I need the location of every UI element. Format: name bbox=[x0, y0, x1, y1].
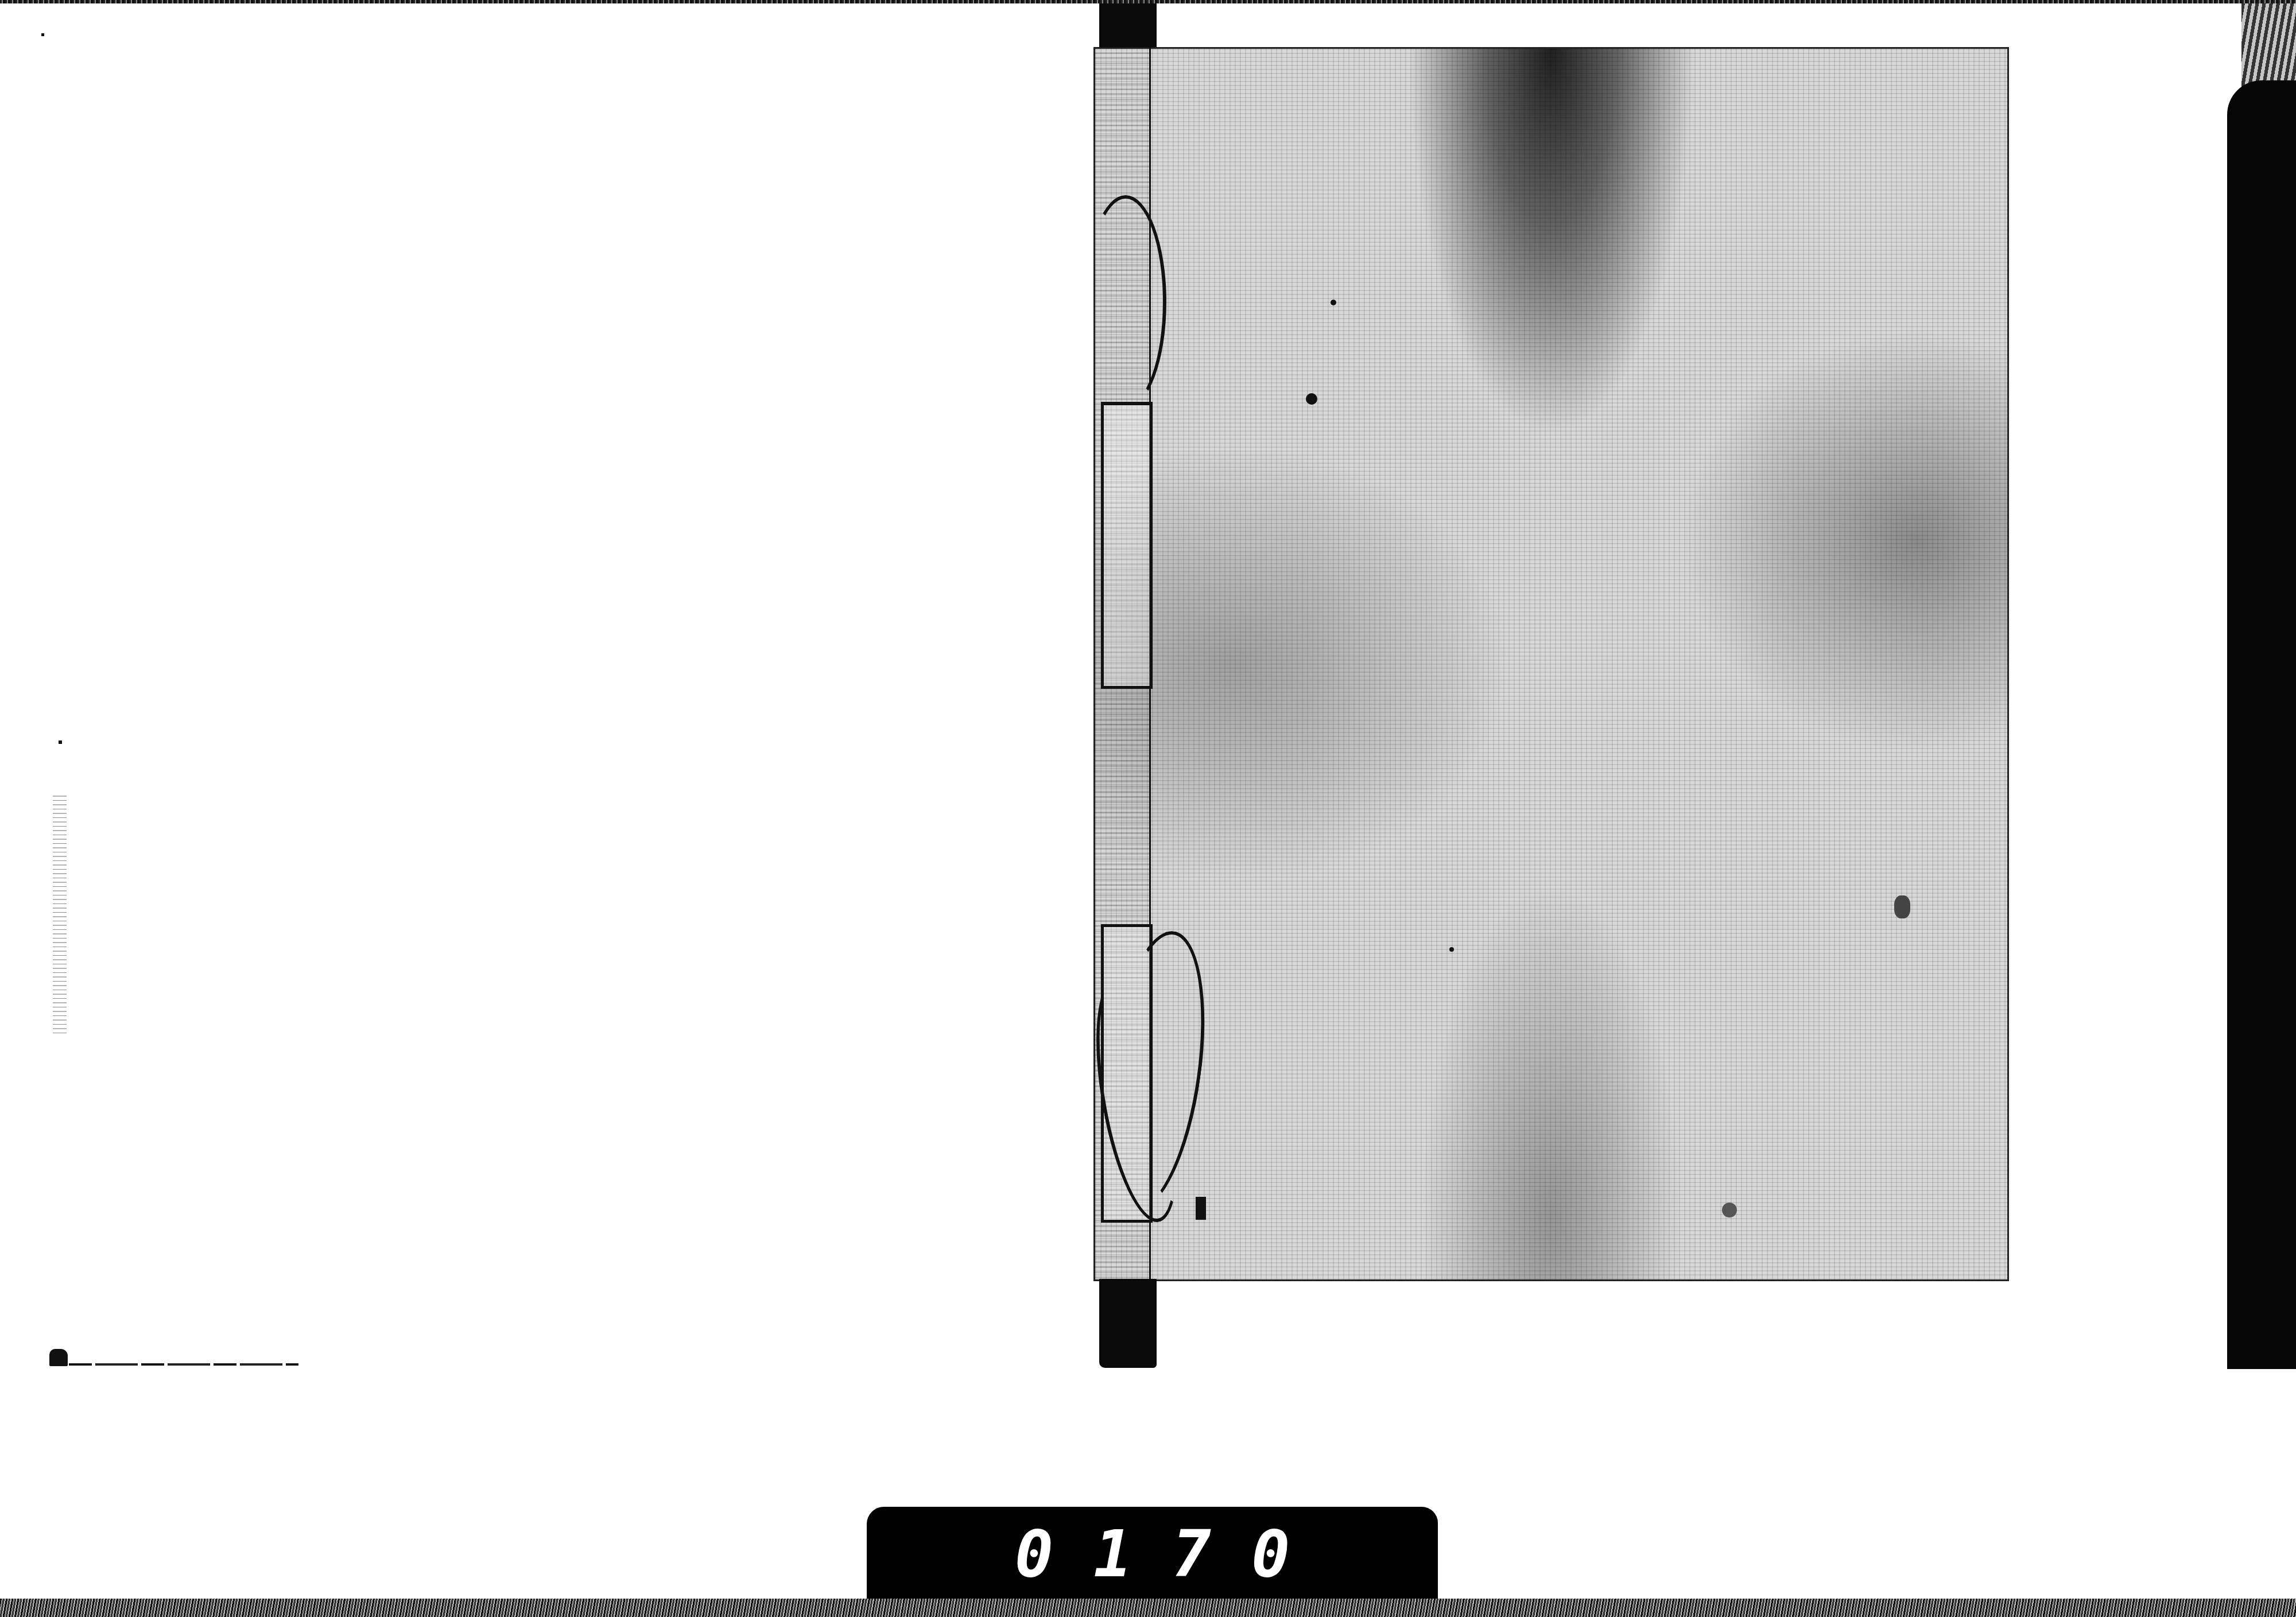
adjacent-volume-shadow bbox=[2227, 80, 2296, 1369]
page-corner-mark bbox=[49, 1349, 68, 1366]
stain-mark bbox=[1306, 393, 1317, 405]
spine-top-shadow bbox=[1099, 3, 1157, 49]
stain-mark bbox=[1449, 947, 1454, 952]
thread-knot bbox=[1196, 1197, 1206, 1220]
stain-mark bbox=[1894, 895, 1910, 918]
stain-mark bbox=[1331, 300, 1336, 305]
film-bottom-border bbox=[0, 1599, 2296, 1617]
spine-bottom-shadow bbox=[1099, 1279, 1157, 1368]
frame-number: 0170 bbox=[867, 1517, 1438, 1592]
frame-counter: 0170 bbox=[867, 1507, 1438, 1599]
page-bottom-edge bbox=[69, 1363, 298, 1366]
title-slip bbox=[1101, 402, 1153, 689]
dust-speck bbox=[59, 740, 62, 744]
binding-thread bbox=[1085, 195, 1166, 409]
page-edge-shadow bbox=[53, 792, 67, 1033]
stain-mark bbox=[1722, 1203, 1737, 1217]
cover-board bbox=[1093, 47, 2009, 1281]
dust-speck bbox=[41, 33, 44, 36]
